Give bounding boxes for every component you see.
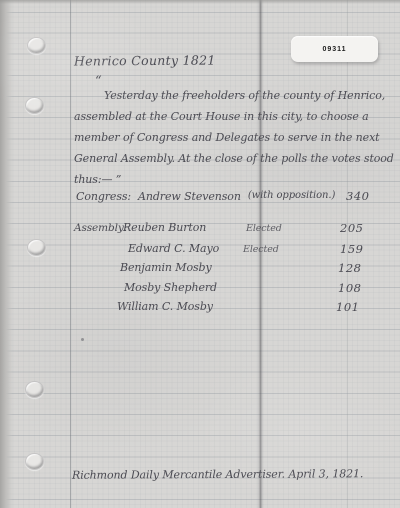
archive-sticker: 09311 xyxy=(291,36,378,62)
candidate-name: Benjamin Mosby xyxy=(120,261,212,274)
source-citation: Richmond Daily Mercantile Advertiser. Ap… xyxy=(72,467,363,482)
elected-status: Elected xyxy=(246,223,282,234)
vote-count: 101 xyxy=(336,300,359,314)
congress-candidate-name: Andrew Stevenson xyxy=(138,190,241,203)
document-title: Henrico County 1821 xyxy=(74,53,216,69)
scan-edge-top xyxy=(0,0,400,4)
hole-punch-5 xyxy=(25,453,44,470)
stray-pencil-dot xyxy=(81,338,84,341)
congress-vote-count: 340 xyxy=(346,189,369,203)
vote-count: 128 xyxy=(338,261,361,275)
scanned-page: 09311 Henrico County 1821 “ Yesterday th… xyxy=(0,0,400,508)
body-line-4: General Assembly. At the close of the po… xyxy=(74,152,394,165)
congress-label: Congress: xyxy=(76,190,131,203)
margin-rule-line xyxy=(70,0,71,508)
scan-edge-left xyxy=(0,0,13,508)
hole-punch-4 xyxy=(25,381,44,398)
elected-status: Elected xyxy=(243,244,279,255)
candidate-name: Reuben Burton xyxy=(123,221,206,234)
sticker-number: 09311 xyxy=(322,46,346,53)
body-line-3: member of Congress and Delegates to serv… xyxy=(74,131,380,144)
vote-count: 205 xyxy=(340,221,363,235)
candidate-name: Mosby Shepherd xyxy=(124,281,217,294)
congress-entry: Congress: Andrew Stevenson (with opposit… xyxy=(76,190,335,203)
congress-note: (with opposition.) xyxy=(248,190,335,203)
body-line-2: assembled at the Court House in this cit… xyxy=(74,110,369,123)
assembly-label: Assembly: xyxy=(74,222,127,234)
vote-count: 108 xyxy=(338,281,361,295)
hole-punch-2 xyxy=(25,97,44,114)
body-line-1: Yesterday the freeholders of the county … xyxy=(104,89,385,102)
hole-punch-3 xyxy=(27,239,46,256)
candidate-name: William C. Mosby xyxy=(117,300,213,313)
candidate-name: Edward C. Mayo xyxy=(128,242,219,255)
body-line-5: thus:— ” xyxy=(74,173,121,186)
opening-quote-mark: “ xyxy=(95,74,102,89)
vote-count: 159 xyxy=(340,242,363,256)
hole-punch-1 xyxy=(27,37,46,54)
